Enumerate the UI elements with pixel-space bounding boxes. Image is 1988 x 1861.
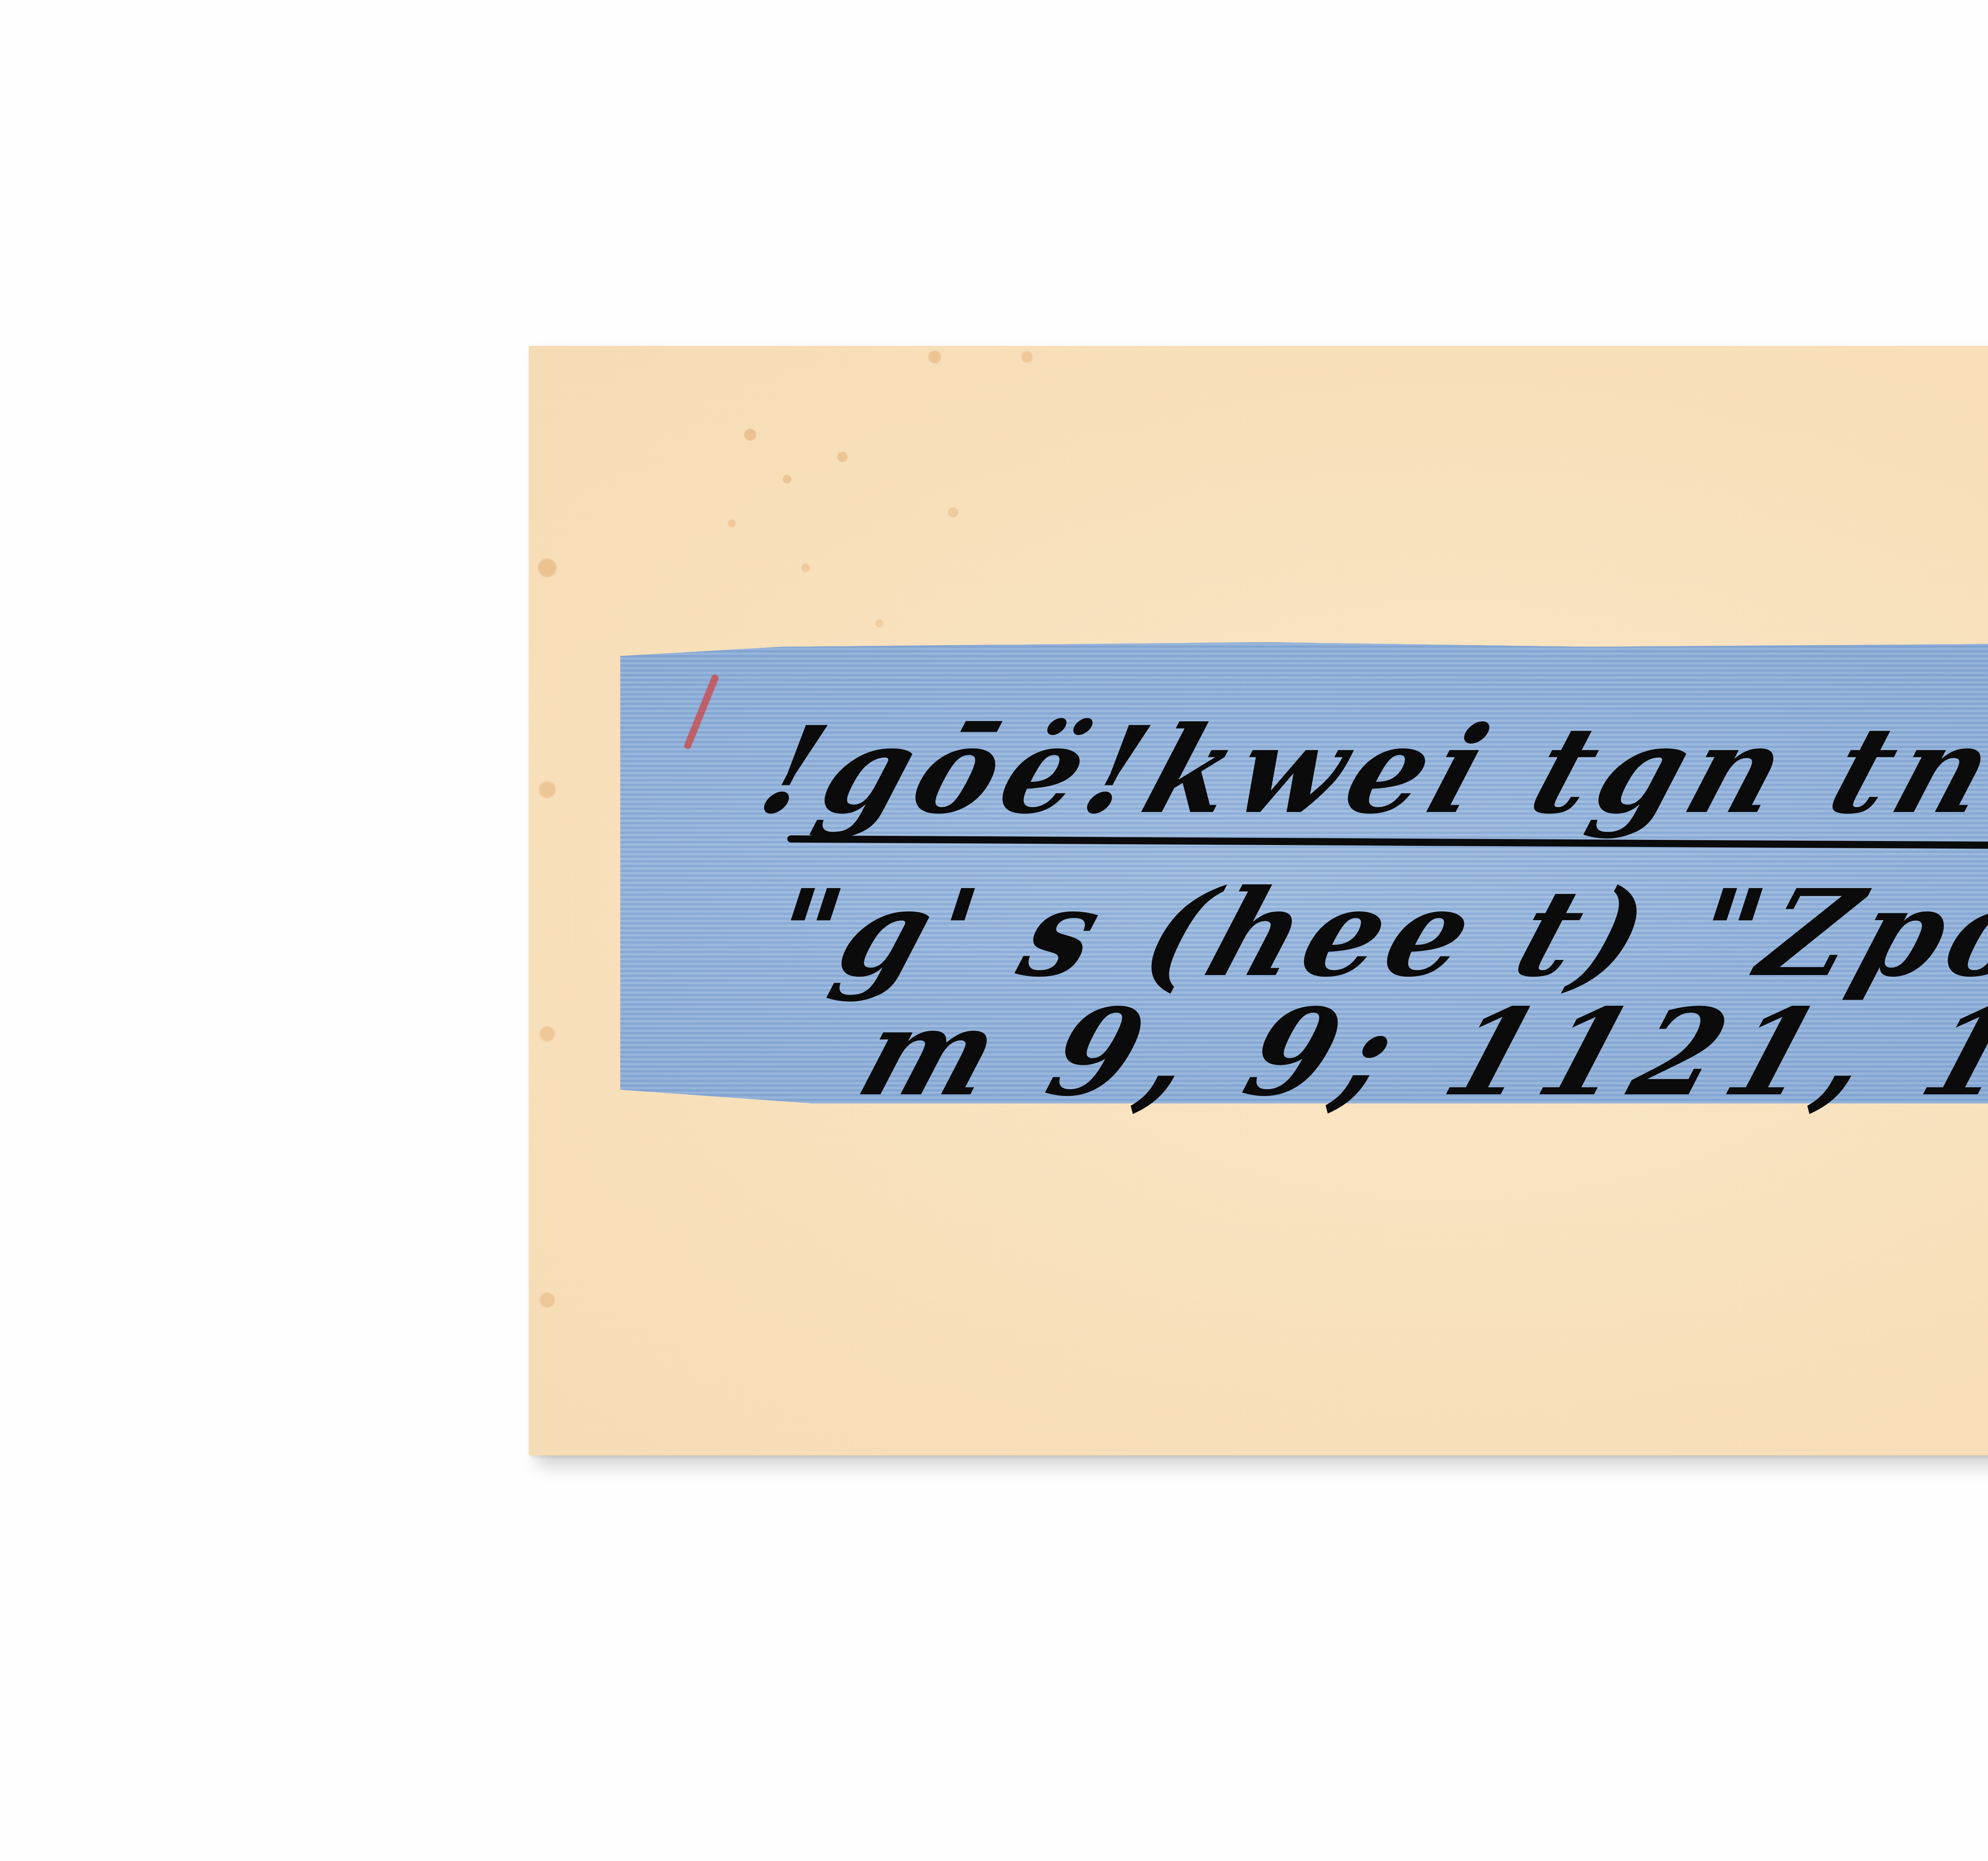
handwritten-line-3: m 9, 9; 1121, 1; bbox=[844, 982, 1988, 1123]
photo-background: !gōë!kwei tgn tn!ŋṓá "g' s (hee t) "Zpow… bbox=[0, 0, 1988, 1861]
handwritten-line-1: !gōë!kwei tgn tn!ŋṓá bbox=[745, 700, 1988, 840]
